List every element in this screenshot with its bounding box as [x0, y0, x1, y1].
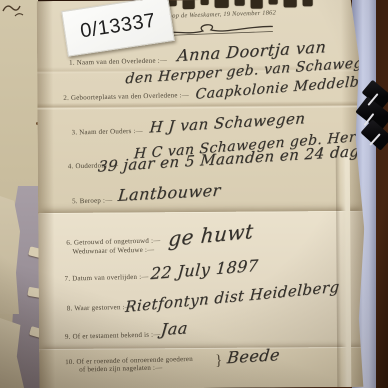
- handwritten-estate-answer: Beede: [226, 345, 281, 367]
- archive-photo-death-notice: overeenkomstig de Wet op de Weeskamer, 1…: [0, 0, 388, 388]
- handwritten-testament-answer: Jaa: [160, 318, 189, 339]
- stacked-page-edges: [336, 149, 352, 387]
- field-label-waar-gestorven: 8. Waar gestorven :—: [67, 303, 132, 313]
- gutter-shadow: [37, 1, 56, 388]
- archive-number: 0/13337: [79, 9, 157, 43]
- letter-stub: [183, 0, 195, 9]
- ink-squiggle-mark: [1, 2, 25, 20]
- clipped-title-letters: [149, 0, 313, 9]
- printed-brace: }: [215, 353, 223, 370]
- death-notice-form-page: overeenkomstig de Wet op de Weeskamer, 1…: [37, 0, 366, 388]
- letter-stub: [284, 0, 297, 7]
- field-label-beroep: 5. Beroep :—: [72, 196, 112, 205]
- letter-stub: [201, 0, 209, 5]
- letter-stub: [215, 0, 229, 8]
- letter-stub: [269, 0, 278, 5]
- letter-stub: [303, 0, 313, 6]
- binder-clip: [356, 86, 388, 156]
- letter-stub: [251, 0, 263, 9]
- letter-stub: [235, 0, 245, 6]
